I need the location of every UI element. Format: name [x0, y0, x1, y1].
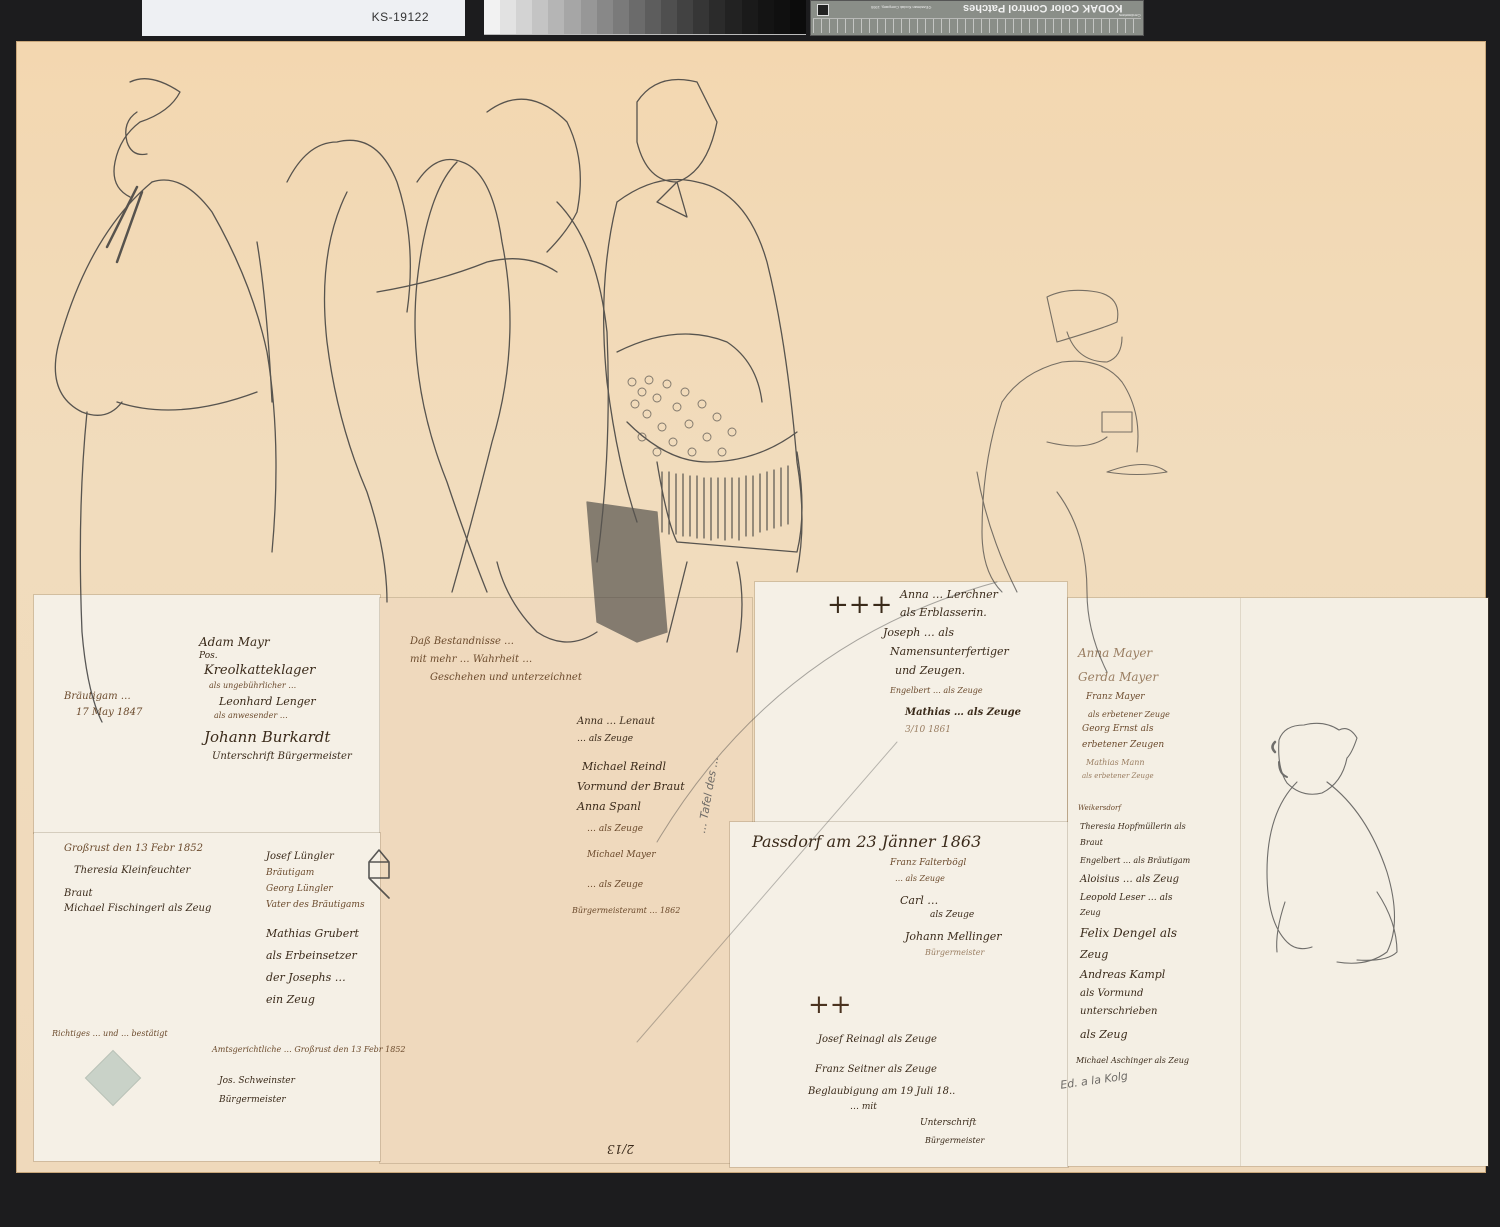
grayscale-step	[742, 0, 758, 34]
grayscale-step	[516, 0, 532, 34]
grayscale-step	[629, 0, 645, 34]
central-figures-sketch	[287, 99, 667, 642]
centimeter-ruler	[813, 18, 1141, 33]
grayscale-step	[774, 0, 790, 34]
grayscale-step	[758, 0, 774, 34]
pencil-sketches	[17, 42, 1485, 1172]
grayscale-step	[725, 0, 741, 34]
kodak-logo-icon	[817, 4, 829, 16]
accession-number: KS-19122	[372, 10, 429, 24]
grayscale-step	[661, 0, 677, 34]
standing-man-sketch	[55, 79, 276, 722]
grayscale-step	[548, 0, 564, 34]
grayscale-step	[484, 0, 500, 34]
box-motif-sketch	[369, 850, 389, 898]
stray-pencil-line	[657, 582, 997, 842]
grayscale-step	[645, 0, 661, 34]
accession-label-card: KS-19122	[142, 0, 465, 36]
grayscale-step	[790, 0, 806, 34]
seated-dog-sketch	[1267, 723, 1397, 963]
seated-woman-sketch	[977, 290, 1167, 672]
grayscale-calibration-strip	[484, 0, 806, 35]
grayscale-step	[709, 0, 725, 34]
kodak-color-control-patch: KODAK Color Control Patches ©Eastman Kod…	[810, 0, 1144, 36]
artwork-board: Adam Mayr Pos. Kreolkatteklager als unge…	[17, 42, 1485, 1172]
kodak-copyright: ©Eastman Kodak Company, 1995	[871, 5, 931, 10]
grayscale-step	[532, 0, 548, 34]
grayscale-step	[597, 0, 613, 34]
grayscale-step	[581, 0, 597, 34]
grayscale-step	[564, 0, 580, 34]
grayscale-step	[613, 0, 629, 34]
grayscale-step	[693, 0, 709, 34]
kodak-title: KODAK Color Control Patches	[963, 2, 1123, 14]
grayscale-step	[677, 0, 693, 34]
grayscale-step	[500, 0, 516, 34]
